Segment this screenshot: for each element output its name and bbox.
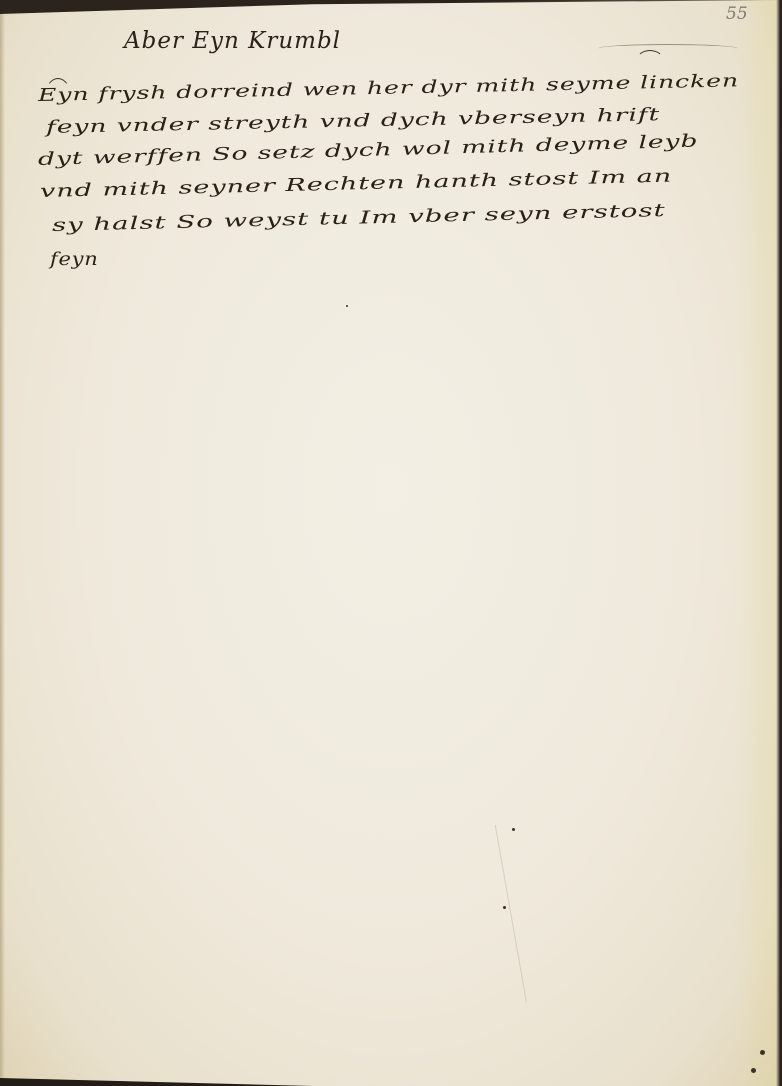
section-heading: Aber Eyn Krumbl [124,28,341,54]
text-line-3: dyt werffen So setz dych wol mith deyme … [38,132,699,170]
ink-speck [512,828,515,831]
marginal-flourish [636,50,664,72]
folio-number: 55 [726,4,748,24]
decorative-arc [598,44,738,53]
page-left-edge [0,0,5,1086]
ink-speck [346,305,348,307]
text-line-4: vnd mith seyner Rechten hanth stost Im a… [40,167,673,202]
scan-bottom-border [0,1076,782,1086]
text-line-6: feyn [50,250,98,270]
ink-blot [760,1050,765,1055]
paper-crease [495,818,567,1002]
page-discoloration [736,0,776,1086]
text-line-1: Eyn frysh dorreind wen her dyr mith seym… [38,71,739,106]
ink-speck [503,906,506,909]
initial-flourish [44,78,72,120]
text-line-2: feyn vnder streyth vnd dych vberseyn hri… [46,105,661,138]
scan-right-border [776,0,782,1086]
scan-top-border [0,0,782,14]
text-line-5: sy halst So weyst tu Im vber seyn erstos… [52,201,666,236]
ink-blot [751,1068,756,1073]
manuscript-page: 55 Aber Eyn Krumbl Eyn frysh dorreind we… [0,0,782,1086]
